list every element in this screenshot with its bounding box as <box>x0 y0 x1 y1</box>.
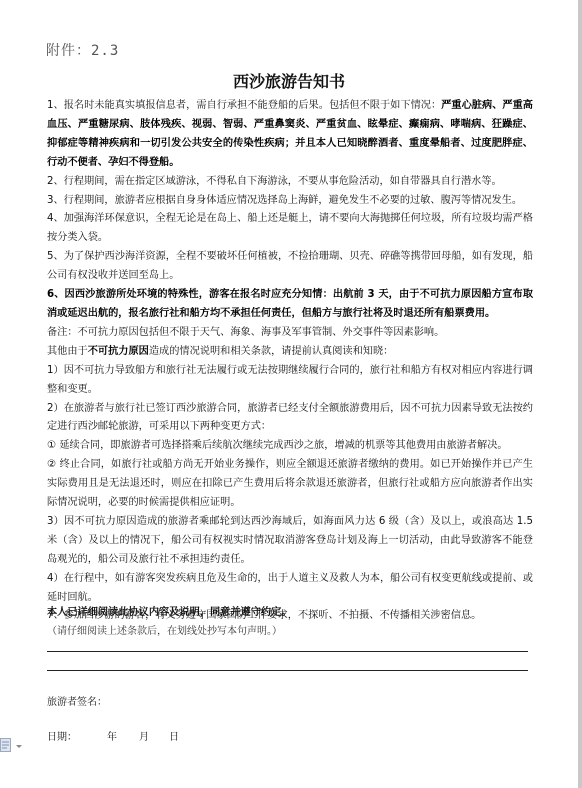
paragraph-other: 其他由于不可抗力原因造成的情况说明和相关条款，请提前认真阅读和知晓： <box>47 343 533 362</box>
paragraph-text: 2、行程期间，需在指定区域游泳，不得私自下海游泳，不要从事危险活动，如自带器具自… <box>47 176 502 187</box>
declaration-text: 本人已详细阅读此协议内容及说明，同意并遵守约定。 <box>47 603 292 618</box>
paragraph-text: 3）因不可抗力原因造成的旅游者乘邮轮到达西沙海域后，如海面风力达 6 级（含）及… <box>47 516 533 565</box>
date-row: 日期：年月日 <box>47 728 179 743</box>
handwriting-line-1[interactable] <box>47 651 528 652</box>
paragraph-s2: 2）在旅游者与旅行社已签订西沙旅游合同，旅游者已经支付全额旅游费用后，因不可抗力… <box>47 400 533 438</box>
attachment-label: 附件：2.3 <box>46 40 119 60</box>
date-day-label: 日 <box>169 728 179 743</box>
window-edge-scrollbar <box>578 0 582 788</box>
paste-options-icon[interactable] <box>0 738 12 752</box>
paragraph-text: 4）在行程中，如有游客突发疾病且危及生命的，出于人道主义及救人为本，船公司有权变… <box>47 573 533 603</box>
handwriting-line-2[interactable] <box>47 670 528 671</box>
paragraph-text: 2）在旅游者与旅行社已签订西沙旅游合同，旅游者已经支付全额旅游费用后，因不可抗力… <box>47 403 533 433</box>
date-label: 日期： <box>47 728 107 743</box>
paragraph-text: 1）因不可抗力导致船方和旅行社无法履行或无法按期继续履行合同的，旅行社和船方有权… <box>47 365 533 395</box>
paragraph-text: ① 延续合同，即旅游者可选择搭乘后续航次继续完成西沙之旅，增减的机票等其他费用由… <box>47 440 508 451</box>
paragraph-text: 5、为了保护西沙海洋资源，全程不要破坏任何植被，不捡拾珊瑚、贝壳、碎礁等携带回母… <box>47 251 533 281</box>
paragraph-p4: 4、加强海洋环保意识，全程无论是在岛上、船上还是艇上，请不要向大海抛掷任何垃圾，… <box>47 210 533 248</box>
paragraph-p5: 5、为了保护西沙海洋资源，全程不要破坏任何植被，不捡拾珊瑚、贝壳、碎礁等携带回母… <box>47 248 533 286</box>
paragraph-s2a: ① 延续合同，即旅游者可选择搭乘后续航次继续完成西沙之旅，增减的机票等其他费用由… <box>47 437 533 456</box>
chevron-down-icon[interactable] <box>16 745 22 748</box>
paragraph-s3: 3）因不可抗力原因造成的旅游者乘邮轮到达西沙海域后，如海面风力达 6 级（含）及… <box>47 513 533 570</box>
date-month-label: 月 <box>139 728 169 743</box>
paragraph-text: 不可抗力原因 <box>88 346 149 357</box>
paragraph-text: ② 终止合同，如旅行社或船方尚无开始业务操作，则应全额退还旅游者缴纳的费用。如已… <box>47 459 533 508</box>
document-body: 1、报名时未能真实填报信息者，需自行承担不能登船的后果。包括但不限于如下情况：严… <box>47 97 533 626</box>
paragraph-p1: 1、报名时未能真实填报信息者，需自行承担不能登船的后果。包括但不限于如下情况：严… <box>47 97 533 173</box>
paragraph-s4: 4）在行程中，如有游客突发疾病且危及生命的，出于人道主义及救人为本，船公司有权变… <box>47 570 533 608</box>
document-page: 附件：2.3 西沙旅游告知书 1、报名时未能真实填报信息者，需自行承担不能登船的… <box>0 0 578 788</box>
paragraph-text: 其他由于 <box>47 346 88 357</box>
signature-label: 旅游者签名： <box>47 693 107 708</box>
paragraph-p6: 6、因西沙旅游所处环境的特殊性，游客在报名时应充分知情：出航前 3 天，由于不可… <box>47 286 533 324</box>
paragraph-text: 备注：不可抗力原因包括但不限于天气、海象、海事及军事管制、外交事件等因素影响。 <box>47 327 444 338</box>
date-year-label: 年 <box>107 728 139 743</box>
paragraph-s2b: ② 终止合同，如旅行社或船方尚无开始业务操作，则应全额退还旅游者缴纳的费用。如已… <box>47 456 533 513</box>
paragraph-note: 备注：不可抗力原因包括但不限于天气、海象、海事及军事管制、外交事件等因素影响。 <box>47 324 533 343</box>
declaration-note: （请仔细阅读上述条款后，在划线处抄写本句声明。） <box>47 622 282 637</box>
paragraph-s1: 1）因不可抗力导致船方和旅行社无法履行或无法按期继续履行合同的，旅行社和船方有权… <box>47 362 533 400</box>
paragraph-text: 4、加强海洋环保意识，全程无论是在岛上、船上还是艇上，请不要向大海抛掷任何垃圾，… <box>47 213 533 243</box>
paragraph-p3: 3、行程期间，旅游者应根据自身身体适应情况选择岛上海鲜，避免发生不必要的过敏、腹… <box>47 192 533 211</box>
paragraph-p2: 2、行程期间，需在指定区域游泳，不得私自下海游泳，不要从事危险活动，如自带器具自… <box>47 173 533 192</box>
paragraph-text: 造成的情况说明和相关条款，请提前认真阅读和知晓： <box>149 346 394 357</box>
paragraph-text: 6、因西沙旅游所处环境的特殊性，游客在报名时应充分知情：出航前 3 天，由于不可… <box>47 289 533 319</box>
paragraph-text: 1、报名时未能真实填报信息者，需自行承担不能登船的后果。包括但不限于如下情况： <box>47 100 441 111</box>
document-title: 西沙旅游告知书 <box>0 69 578 92</box>
paragraph-text: 3、行程期间，旅游者应根据自身身体适应情况选择岛上海鲜，避免发生不必要的过敏、腹… <box>47 195 522 206</box>
